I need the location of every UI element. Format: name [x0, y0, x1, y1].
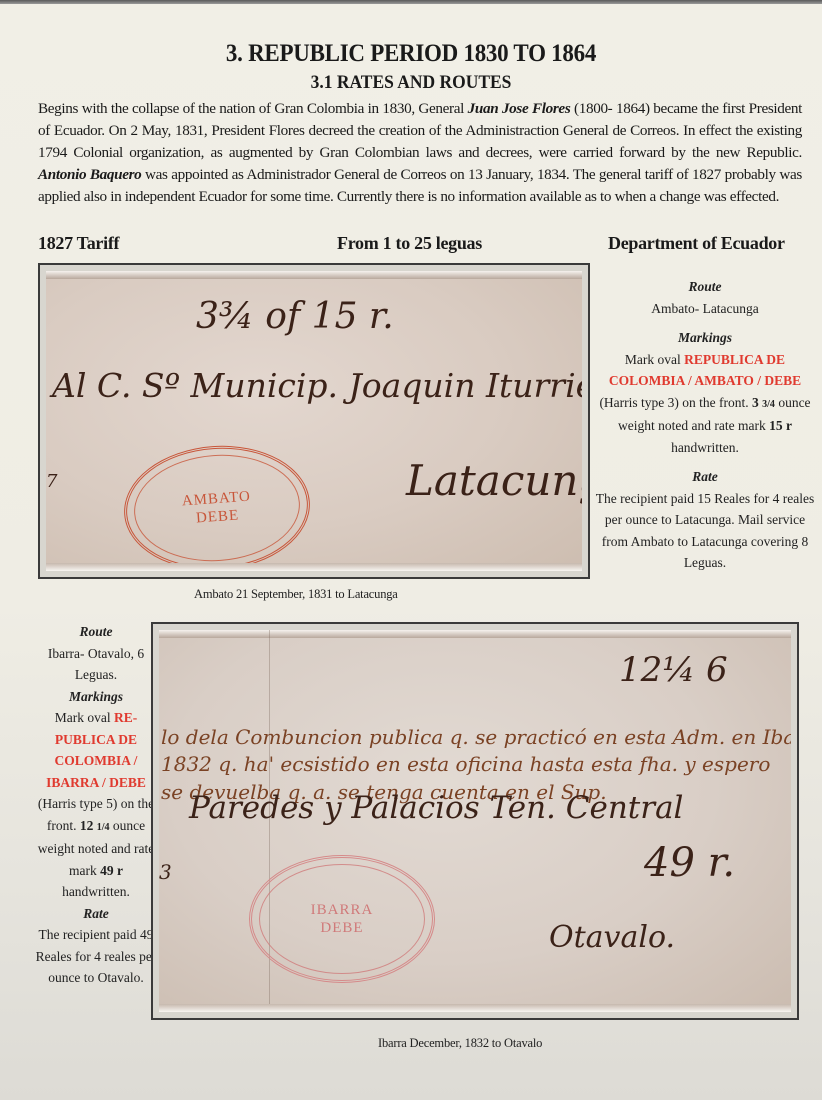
cover-1-destination-manuscript: Latacunga: [406, 456, 582, 505]
intro-name-flores: Juan Jose Flores: [468, 100, 571, 117]
cover-2-weight-manuscript: 12¼ 6: [619, 650, 728, 690]
route-label: Route: [594, 276, 816, 298]
markings-label: Markings: [34, 686, 158, 708]
cover-2-address-manuscript: Paredes y Palacios Ten. Central: [189, 790, 683, 826]
spacer: [594, 458, 816, 466]
intro-paragraph: Begins with the collapse of the nation o…: [38, 98, 802, 208]
markings-value: Mark oval REPUBLICA DE COLOMBIA / AMBATO…: [594, 349, 816, 459]
weight-fraction: 3/4: [762, 399, 775, 410]
route-value: Ibarra- Otavalo, 6 Leguas.: [34, 643, 158, 686]
cover-1-side-mark: 7: [46, 471, 57, 492]
rate-value: The recipient paid 15 Reales for 4 reale…: [594, 488, 816, 574]
spacer: [594, 319, 816, 327]
stamp-inner-ring: [259, 864, 425, 974]
cover-2-image: 12¼ 6 lo dela Combuncion publica q. se p…: [151, 622, 799, 1020]
page-top-edge: [0, 0, 822, 4]
weight-end: handwritten.: [671, 440, 739, 455]
markings-prefix: Mark oval: [55, 710, 114, 725]
cover-1-image: 3¾ of 15 r. Al C. Sº Municip. Joaquin It…: [38, 263, 590, 579]
rate-mark: 15 r: [769, 418, 792, 433]
distance-heading: From 1 to 25 leguas: [337, 233, 482, 254]
cover-2-notes: Route Ibarra- Otavalo, 6 Leguas. Marking…: [34, 621, 158, 989]
cover-1-notes: Route Ambato- Latacunga Markings Mark ov…: [594, 276, 816, 574]
intro-text: Begins with the collapse of the nation o…: [38, 100, 468, 117]
stamp-inner-ring: [131, 449, 304, 566]
weight-end: handwritten.: [62, 884, 130, 899]
tariff-heading: 1827 Tariff: [38, 233, 119, 254]
mount-sheen: [159, 630, 791, 638]
markings-prefix: Mark oval: [625, 352, 684, 367]
cover-2-docket-line-1: lo dela Combuncion publica q. se practic…: [161, 725, 791, 749]
cover-1-oval-handstamp: AMBATO DEBE: [120, 440, 314, 571]
mount-sheen: [46, 563, 582, 571]
page-title: 3. REPUBLIC PERIOD 1830 TO 1864: [33, 40, 789, 68]
weight-whole: 3: [752, 395, 759, 410]
cover-1-caption: Ambato 21 September, 1831 to Latacunga: [194, 587, 398, 602]
department-heading: Department of Ecuador: [608, 233, 785, 254]
rate-value: The recipient paid 49 Reales for 4 reale…: [34, 924, 158, 989]
cover-1-paper: 3¾ of 15 r. Al C. Sº Municip. Joaquin It…: [46, 271, 582, 571]
weight-whole: 12: [80, 818, 94, 833]
cover-2-caption: Ibarra December, 1832 to Otavalo: [378, 1036, 542, 1051]
cover-1-rate-manuscript: 3¾ of 15 r.: [196, 296, 394, 337]
route-label: Route: [34, 621, 158, 643]
mount-sheen: [159, 1004, 791, 1012]
intro-text: was appointed as Administrador General d…: [38, 166, 802, 205]
rate-mark: 49 r: [100, 863, 123, 878]
rate-label: Rate: [34, 903, 158, 925]
intro-name-baquero: Antonio Baquero: [38, 166, 141, 183]
markings-label: Markings: [594, 327, 816, 349]
markings-value: Mark oval RE-PUBLICA DE COLOMBIA / IBARR…: [34, 707, 158, 903]
rate-label: Rate: [594, 466, 816, 488]
cover-2-rate-manuscript: 49 r.: [644, 840, 735, 886]
markings-suffix: (Harris type 3) on the front.: [599, 395, 748, 410]
cover-2-destination-manuscript: Otavalo.: [549, 920, 675, 955]
cover-2-side-mark: 3: [159, 860, 172, 884]
cover-1-address-manuscript: Al C. Sº Municip. Joaquin Iturriet: [52, 366, 582, 405]
mount-sheen: [46, 271, 582, 279]
route-value: Ambato- Latacunga: [594, 298, 816, 320]
cover-2-docket-line-2: 1832 q. ha' ecsistido en esta oficina ha…: [161, 752, 770, 776]
cover-2-paper: 12¼ 6 lo dela Combuncion publica q. se p…: [159, 630, 791, 1012]
page-subtitle: 3.1 RATES AND ROUTES: [33, 72, 789, 94]
weight-fraction: 1/4: [97, 822, 110, 833]
cover-2-oval-handstamp: IBARRA DEBE: [249, 855, 435, 983]
